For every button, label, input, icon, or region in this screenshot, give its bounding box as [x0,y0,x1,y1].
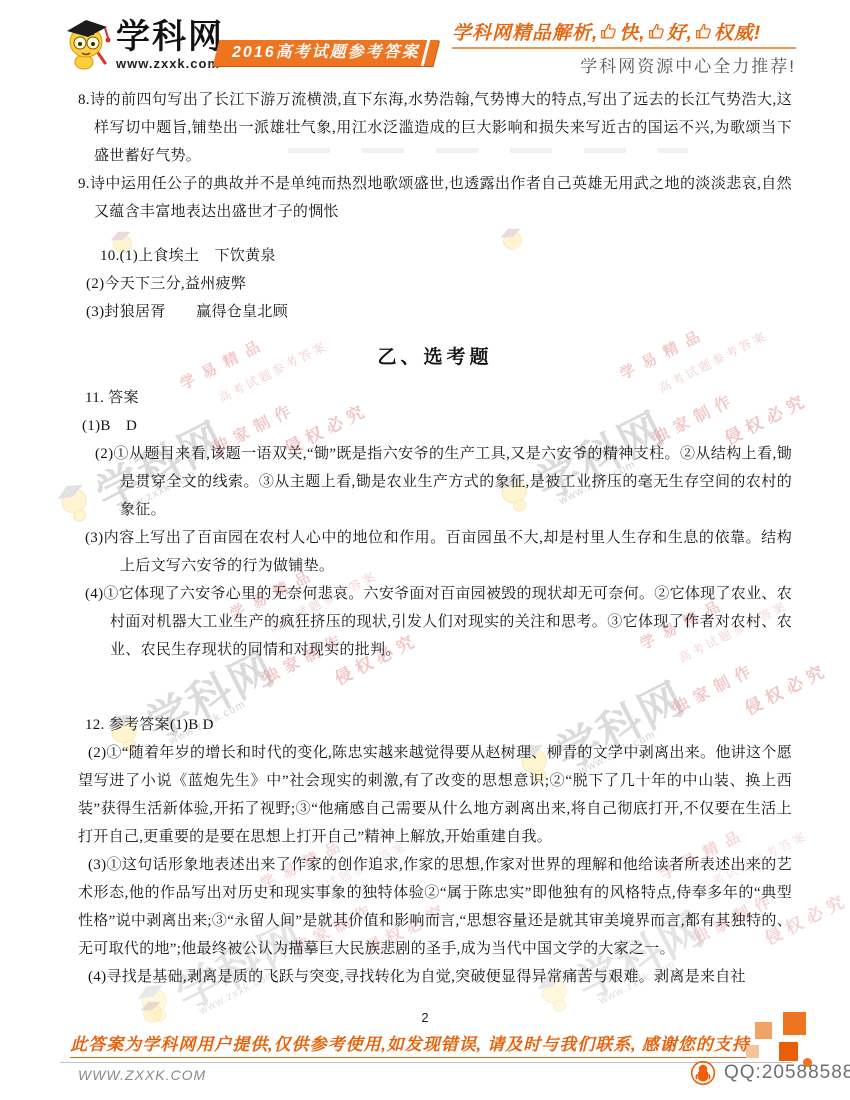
orange-square [783,1012,806,1035]
thumbs-up-icon [695,23,712,40]
answer-q10-1: 10.(1)上食埃土 下饮黄泉 [78,242,792,270]
qq-penguin-icon [690,1060,716,1086]
brand-name: 学科网 [116,20,224,54]
qq-contact: QQ:205885888 [690,1060,850,1086]
footer-divider [60,1062,792,1063]
slogan-text: 权威! [714,18,761,45]
header-subtitle: 学科网资源中心全力推荐! [452,52,796,77]
answer-q11-4: (4)①它体现了六安爷心里的无奈何悲哀。六安爷面对百亩园被毁的现状却无可奈何。②… [78,580,792,664]
answer-q12-3: (3)①这句话形象地表述出来了作家的创作追求,作家的思想,作家对世界的理解和他给… [78,851,792,963]
thumbs-up-icon [648,23,665,40]
answer-q12-head: 12. 参考答案(1)B D [78,711,792,739]
answer-q11-2: (2)①从题目来看,该题一语双关,“锄”既是指六安爷的生产工具,又是六安爷的精神… [78,440,792,524]
footer-notice-text: 此答案为学科网用户提供,仅供参考使用,如发现错误, 请及时与我们联系, 感谢您的… [70,1035,750,1058]
page-number: 2 [0,1010,850,1025]
answer-q9: 9.诗中运用任公子的典故并不是单纯而热烈地歌颂盛世,也透露出作者自己英雄无用武之… [78,170,792,226]
section-heading: 乙、选考题 [78,344,792,372]
thumbs-up-icon [600,23,617,40]
site-logo: 学科网 www.zxxk.com [60,12,224,71]
orange-square [779,1042,798,1061]
slogan-line: 学科网精品解析, 快, 好, 权威! [452,18,796,45]
footer-notice: 此答案为学科网用户提供,仅供参考使用,如发现错误, 请及时与我们联系, 感谢您的… [60,1030,760,1055]
answer-q11-1: (1)B D [78,412,792,440]
answer-q11-head: 11. 答案 [78,384,792,412]
answer-q10-2: (2)今天下三分,益州疲弊 [78,270,792,298]
qq-number: QQ:205885888 [724,1062,850,1084]
answer-q12-2: (2)①“随着年岁的增长和时代的变化,陈忠实越来越觉得要从赵树理、柳青的文学中剥… [78,739,792,851]
answer-q8: 8.诗的前四句写出了长江下游万流横溃,直下东海,水势浩翰,气势博大的特点,写出了… [78,86,792,170]
answer-q10-3: (3)封狼居胥 赢得仓皇北顾 [78,298,792,326]
document-page: 学科网 www.zxxk.com 学易精品 高考试题参考答案 独家制作 侵权必究… [0,0,850,1100]
answer-q12-4: (4)寻找是基础,剥离是质的飞跃与突变,寻找转化为自觉,突破便显得异常痛苦与艰难… [78,963,792,991]
logo-mascot-icon [60,12,112,70]
slogan-underline [452,47,796,49]
answer-q11-3: (3)内容上写出了百亩园在农村人心中的地位和作用。百亩园虽不大,却是村里人生存和… [78,524,792,580]
banner-label: 2016高考试题参考答案 [232,40,420,66]
footer-site-url: WWW.ZXXK.COM [78,1067,206,1083]
slogan-text: 好, [667,18,693,45]
slogan-text: 学科网精品解析, [452,18,598,45]
brand-url: www.zxxk.com [116,56,224,71]
answers-body: 8.诗的前四句写出了长江下游万流横溃,直下东海,水势浩翰,气势博大的特点,写出了… [78,86,792,991]
slogan-text: 快, [619,18,645,45]
orange-square [746,1045,759,1058]
orange-square [755,1022,772,1039]
banner-2016-answers: 2016高考试题参考答案 [213,40,439,66]
